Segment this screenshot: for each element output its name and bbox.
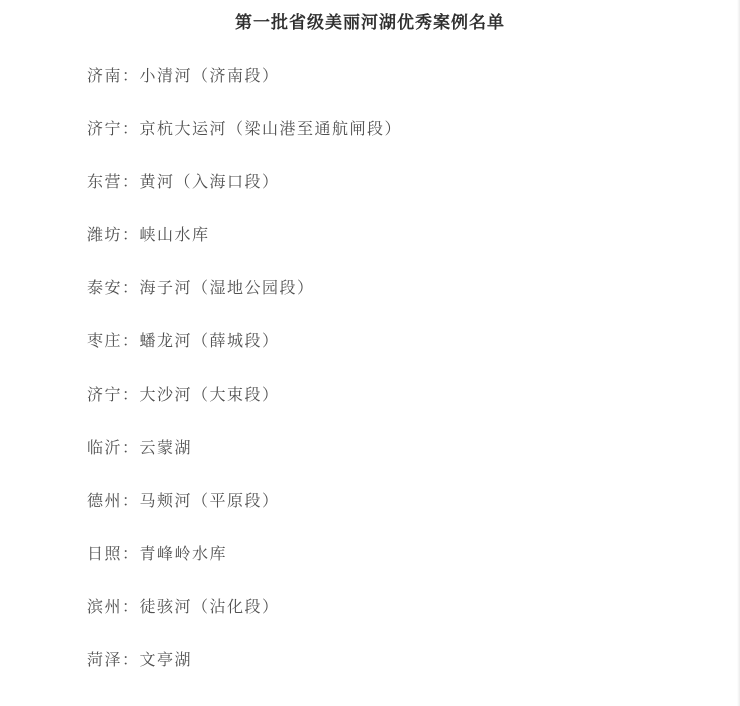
site-name: 峡山水库 [140,225,210,244]
site-name: 小清河（济南段） [140,66,280,85]
city-name: 潍坊 [87,225,122,244]
city-name: 泰安 [87,278,122,297]
separator: ： [122,172,140,191]
list-item: 临沂：云蒙湖 [87,437,402,490]
list-item: 滨州：徒骇河（沾化段） [87,596,402,649]
separator: ： [122,438,140,457]
list-item: 菏泽：文亭湖 [87,649,402,702]
list-item: 枣庄：蟠龙河（薛城段） [87,330,402,383]
document-title: 第一批省级美丽河湖优秀案例名单 [0,12,740,34]
city-name: 济宁 [87,119,122,138]
city-name: 滨州 [87,597,122,616]
separator: ： [122,66,140,85]
city-name: 枣庄 [87,331,122,350]
list-item: 济南：小清河（济南段） [87,65,402,118]
site-name: 海子河（湿地公园段） [140,278,315,297]
list-item: 德州：马颊河（平原段） [87,490,402,543]
site-name: 蟠龙河（薛城段） [140,331,280,350]
separator: ： [122,597,140,616]
site-name: 青峰岭水库 [140,544,228,563]
list-item: 东营：黄河（入海口段） [87,171,402,224]
list-item: 泰安：海子河（湿地公园段） [87,277,402,330]
separator: ： [122,491,140,510]
city-name: 菏泽 [87,650,122,669]
site-name: 文亭湖 [140,650,193,669]
site-name: 马颊河（平原段） [140,491,280,510]
separator: ： [122,331,140,350]
list-item: 济宁：大沙河（大束段） [87,384,402,437]
site-name: 云蒙湖 [140,438,193,457]
separator: ： [122,650,140,669]
site-name: 大沙河（大束段） [140,385,280,404]
city-name: 日照 [87,544,122,563]
separator: ： [122,544,140,563]
city-name: 东营 [87,172,122,191]
city-name: 济宁 [87,385,122,404]
city-name: 临沂 [87,438,122,457]
separator: ： [122,225,140,244]
site-name: 京杭大运河（梁山港至通航闸段） [140,119,403,138]
separator: ： [122,385,140,404]
site-name: 黄河（入海口段） [140,172,280,191]
separator: ： [122,278,140,297]
list-item: 潍坊：峡山水库 [87,224,402,277]
city-name: 济南 [87,66,122,85]
list-item: 日照：青峰岭水库 [87,543,402,596]
case-list: 济南：小清河（济南段） 济宁：京杭大运河（梁山港至通航闸段） 东营：黄河（入海口… [87,65,402,702]
city-name: 德州 [87,491,122,510]
separator: ： [122,119,140,138]
site-name: 徒骇河（沾化段） [140,597,280,616]
list-item: 济宁：京杭大运河（梁山港至通航闸段） [87,118,402,171]
